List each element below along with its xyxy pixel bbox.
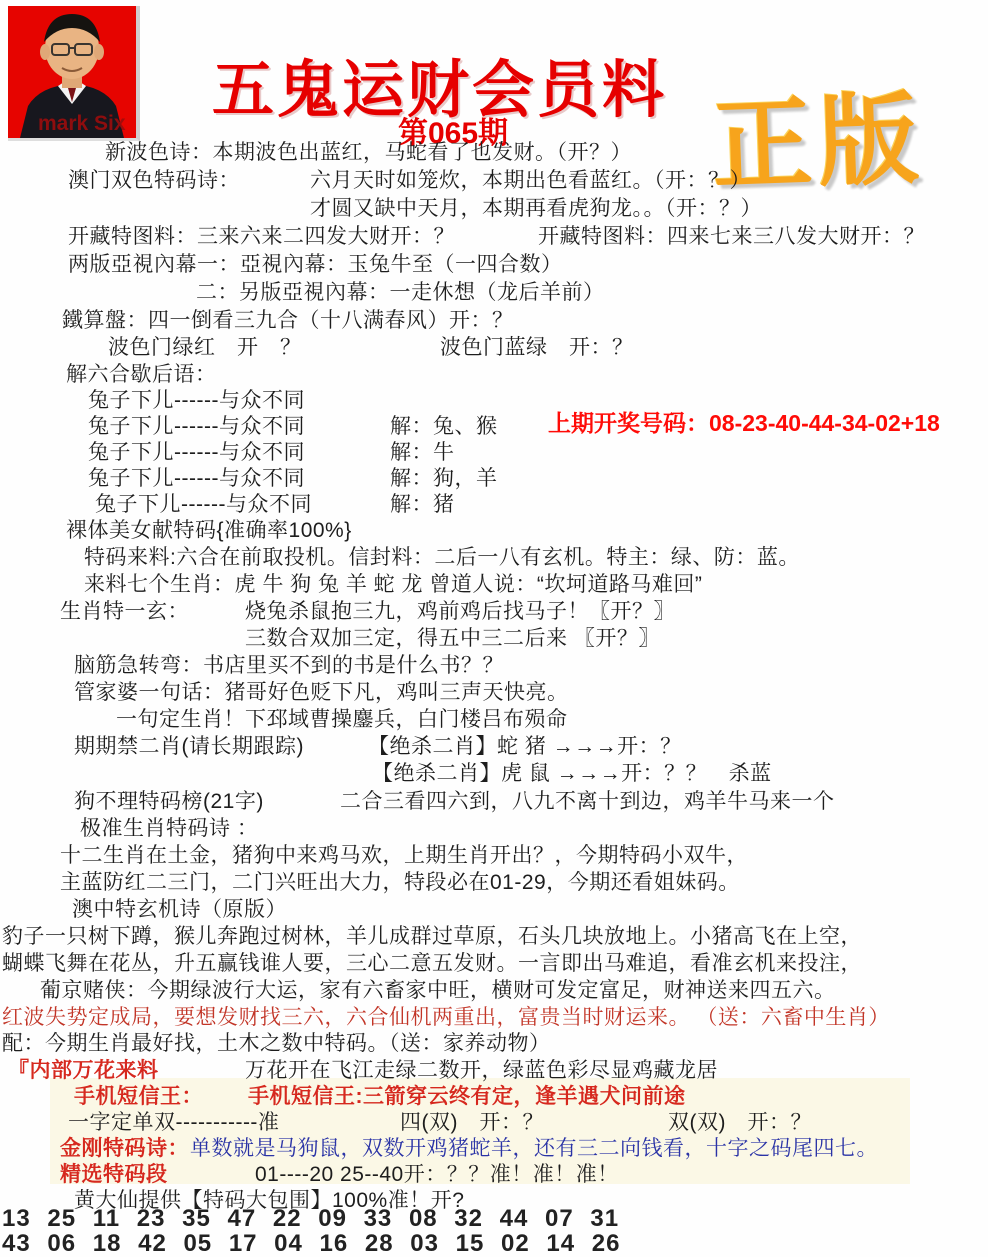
vajra-poem-label: 金刚特码诗： (60, 1136, 189, 1162)
previous-draw-numbers: 上期开奖号码：08-23-40-44-34-02+18 (548, 410, 940, 436)
accurate-zodiac-title: 极准生肖特码诗 ： (80, 816, 258, 842)
macau-poem-line-1: 六月天时如笼炊，本期出色看蓝红。（开：？） (310, 168, 751, 194)
killed-zodiac-line-2: 【绝杀二肖】虎 鼠 →→→开：？？ 杀蓝 (372, 761, 772, 787)
selected-range-label: 精选特码段 (60, 1162, 168, 1188)
wave-gate-left: 波色门绿红 开 ？ (108, 335, 302, 361)
number-row-2: 43 06 18 42 05 17 04 16 28 03 15 02 14 2… (2, 1231, 620, 1257)
beauty-special-title: 裸体美女献特码{准确率100%} (66, 518, 352, 544)
atv-insider-line-2: 二：另版亞視內幕：一走休想（龙后羊前） (196, 280, 605, 306)
iron-abacus-line: 鐵算盤：四一倒看三九合（十八满春风）开：？ (62, 308, 514, 334)
macau-mystery-title: 澳中特玄机诗（原版） (72, 897, 287, 923)
kaicang-chart-right: 开藏特图料：四来七来三八发大财开：？ (538, 224, 925, 250)
page: mark Six 五鬼运财会员料 第065期 正版 新波色诗：本期波色出蓝红，马… (0, 0, 988, 1257)
brain-teaser-line: 脑筋急转弯：书店里买不到的书是什么书？？ (74, 653, 504, 679)
internal-wanhua-label: 『内部万花来料 (8, 1058, 159, 1084)
zodiac-mystery-label: 生肖特一玄： (60, 599, 189, 625)
accurate-zodiac-poem-1: 十二生肖在土金，猪狗中来鸡马欢，上期生肖开出？，今期特码小双牛， (60, 843, 748, 869)
riddle-line: 兔子下儿------与众不同 (88, 414, 305, 440)
riddle-line: 兔子下儿------与众不同 (88, 440, 305, 466)
single-double-label: 一字定单双-----------准 (68, 1110, 279, 1136)
red-wave-line: 红波失势定成局，要想发财找三六，六合仙机两重出，富贵当时财运来。 （送：六畜中生… (2, 1005, 890, 1031)
single-double-right: 双(双) 开：？ (668, 1110, 812, 1136)
banned-zodiac-label: 期期禁二肖(请长期跟踪) (74, 734, 304, 760)
mystery-poem-line-2: 蝴蝶飞舞在花丛，升五赢钱谁人要，三心二意五发财。一言即出马难追，看准玄机来投注， (2, 951, 862, 977)
sms-king-poem: 手机短信王:三箭穿云终有定，逢羊遇犬问前途 (248, 1084, 686, 1110)
zodiac-mystery-poem-1: 烧兔杀鼠抱三九，鸡前鸡后找马子！〖开？〗 (245, 599, 675, 625)
goubuli-label: 狗不理特码榜(21字) (74, 789, 264, 815)
zodiac-mystery-poem-2: 三数合双加三定，得五中三二后来 〖开？〗 (245, 626, 660, 652)
atv-insider-line-1: 两版亞視內幕一：亞視內幕：玉兔牛至（一四合数） (68, 252, 563, 278)
mystery-poem-line-1: 豹子一只树下蹲，猴儿奔跑过树林，羊儿成群过草原，石头几块放地上。小猪高飞在上空， (2, 924, 862, 950)
portrait-photo: mark Six (8, 6, 140, 141)
wave-gate-right: 波色门蓝绿 开：？ (440, 335, 634, 361)
riddle-line: 兔子下儿------与众不同 (88, 388, 305, 414)
photo-watermark: mark Six (38, 112, 126, 135)
accurate-zodiac-poem-2: 主蓝防红二三门，二门兴旺出大力，特段必在01-29，今期还看姐妹码。 (60, 870, 740, 896)
riddle-answer: 解：狗，羊 (390, 466, 498, 492)
seven-zodiac-line: 来料七个生肖：虎 牛 狗 兔 羊 蛇 龙 曾道人说：“坎坷道路马难回” (84, 572, 702, 598)
special-source-line: 特码来料:六合在前取投机。信封料：二后一八有玄机。特主：绿、防：蓝。 (84, 545, 800, 571)
macau-poem-line-2: 才圆又缺中天月，本期再看虎狗龙。。（开：？） (310, 196, 762, 222)
vajra-poem: 单数就是马狗鼠，双数开鸡猪蛇羊，还有三二向钱看，十字之码尾四七。 (190, 1136, 878, 1162)
pairing-line: 配：今期生肖最好找，土木之数中特码。（送：家养动物） (2, 1031, 551, 1057)
killed-zodiac-line-1: 【绝杀二肖】蛇 猪 →→→开：？ (368, 734, 682, 760)
kaicang-chart-left: 开藏特图料：三来六来二四发大财开：？ (68, 224, 455, 250)
line-new-wave-poem: 新波色诗：本期波色出蓝红，马蛇看了也发财。（开？） (105, 140, 632, 166)
housekeeper-line: 管家婆一句话：猪哥好色贬下凡，鸡叫三声天快亮。 (74, 680, 569, 706)
goubuli-poem: 二合三看四六到，八九不离十到边，鸡羊牛马来一个 (340, 789, 835, 815)
pujing-gambler-line: 葡京赌侠：今期绿波行大运，家有六畜家中旺，横财可发定富足，财神送来四五六。 (40, 978, 836, 1004)
wanhua-poem: 万花开在飞江走绿二数开，绿蓝色彩尽显鸡藏龙居 (245, 1058, 718, 1084)
riddle-line: 兔子下儿------与众不同 (95, 492, 312, 518)
portrait-illustration: mark Six (8, 6, 136, 138)
riddle-answer: 解：兔、猴 (390, 414, 498, 440)
sms-king-label: 手机短信王： (74, 1084, 203, 1110)
riddle-answer: 解：牛 (390, 440, 455, 466)
riddle-line: 兔子下儿------与众不同 (88, 466, 305, 492)
riddle-answer: 解：猪 (390, 492, 455, 518)
selected-range-values: 01----20 25--40开：？？准！准！准！ (255, 1162, 619, 1188)
riddle-section-title: 解六合歇后语： (66, 362, 217, 388)
number-row-1: 13 25 11 23 35 47 22 09 33 08 32 44 07 3… (2, 1206, 619, 1232)
label-macau-double-poem: 澳门双色特码诗： (68, 168, 240, 194)
one-sentence-zodiac: 一句定生肖！下邳域曹操鏖兵，白门楼吕布殒命 (116, 707, 568, 733)
single-double-left: 四(双) 开：？ (400, 1110, 544, 1136)
